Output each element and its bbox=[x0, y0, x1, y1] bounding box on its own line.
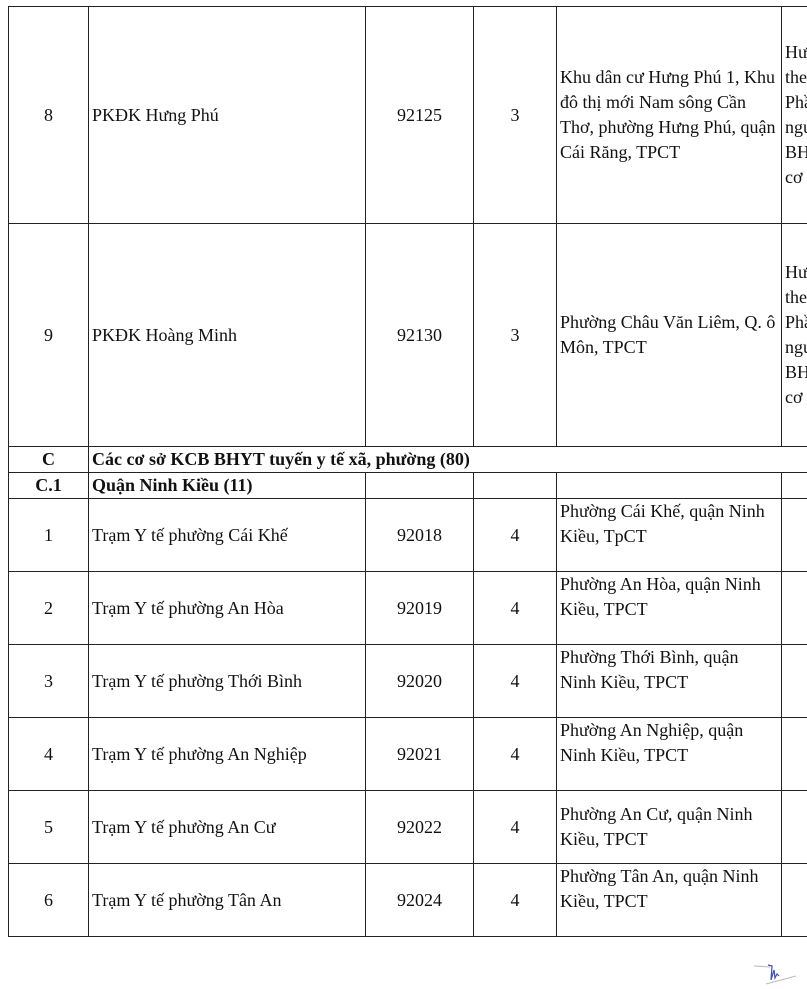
facility-note: Hưởng quyền lợi BHYT theo quy định hiện … bbox=[782, 224, 807, 447]
facility-code: 92130 bbox=[366, 224, 474, 447]
facility-level: 4 bbox=[474, 499, 557, 572]
facility-name: Trạm Y tế phường An Cư bbox=[89, 791, 366, 864]
section-title: Các cơ sở KCB BHYT tuyến y tế xã, phường… bbox=[89, 447, 807, 473]
facility-level: 3 bbox=[474, 224, 557, 447]
section-header-row: C Các cơ sở KCB BHYT tuyến y tế xã, phườ… bbox=[9, 447, 807, 473]
facility-note bbox=[782, 718, 807, 791]
facility-name: Trạm Y tế phường Cái Khế bbox=[89, 499, 366, 572]
section-id: C bbox=[9, 447, 89, 473]
facility-name: Trạm Y tế phường An Nghiệp bbox=[89, 718, 366, 791]
row-number: 2 bbox=[9, 572, 89, 645]
facility-name: Trạm Y tế phường Thới Bình bbox=[89, 645, 366, 718]
table-row: 1 Trạm Y tế phường Cái Khế 92018 4 Phườn… bbox=[9, 499, 807, 572]
subsection-id: C.1 bbox=[9, 473, 89, 499]
facility-code: 92018 bbox=[366, 499, 474, 572]
table-row: 8 PKĐK Hưng Phú 92125 3 Khu dân cư Hưng … bbox=[9, 7, 807, 224]
facility-code: 92022 bbox=[366, 791, 474, 864]
facility-level: 3 bbox=[474, 7, 557, 224]
row-number: 9 bbox=[9, 224, 89, 447]
facility-name: Trạm Y tế phường Tân An bbox=[89, 864, 366, 937]
row-number: 6 bbox=[9, 864, 89, 937]
facility-level: 4 bbox=[474, 718, 557, 791]
empty-cell bbox=[366, 473, 474, 499]
table-row: 9 PKĐK Hoàng Minh 92130 3 Phường Châu Vă… bbox=[9, 224, 807, 447]
facility-code: 92125 bbox=[366, 7, 474, 224]
facility-address: Khu dân cư Hưng Phú 1, Khu đô thị mới Na… bbox=[557, 7, 782, 224]
facility-level: 4 bbox=[474, 572, 557, 645]
facility-address: Phường Cái Khế, quận Ninh Kiều, TpCT bbox=[557, 499, 782, 572]
empty-cell bbox=[474, 473, 557, 499]
facility-name: PKĐK Hưng Phú bbox=[89, 7, 366, 224]
empty-cell bbox=[782, 473, 807, 499]
facility-address: Phường Tân An, quận Ninh Kiều, TPCT bbox=[557, 864, 782, 937]
facility-code: 92021 bbox=[366, 718, 474, 791]
facility-code: 92020 bbox=[366, 645, 474, 718]
signature-mark-icon bbox=[752, 962, 802, 986]
row-number: 8 bbox=[9, 7, 89, 224]
facility-code: 92024 bbox=[366, 864, 474, 937]
facility-address: Phường An Cư, quận Ninh Kiều, TPCT bbox=[557, 791, 782, 864]
facility-name: PKĐK Hoàng Minh bbox=[89, 224, 366, 447]
facility-name: Trạm Y tế phường An Hòa bbox=[89, 572, 366, 645]
table-row: 6 Trạm Y tế phường Tân An 92024 4 Phường… bbox=[9, 864, 807, 937]
facility-note bbox=[782, 572, 807, 645]
empty-cell bbox=[557, 473, 782, 499]
row-number: 3 bbox=[9, 645, 89, 718]
facility-level: 4 bbox=[474, 791, 557, 864]
row-number: 5 bbox=[9, 791, 89, 864]
table-row: 5 Trạm Y tế phường An Cư 92022 4 Phường … bbox=[9, 791, 807, 864]
table-row: 3 Trạm Y tế phường Thới Bình 92020 4 Phư… bbox=[9, 645, 807, 718]
facility-address: Phường Thới Bình, quận Ninh Kiều, TPCT bbox=[557, 645, 782, 718]
subsection-title: Quận Ninh Kiều (11) bbox=[89, 473, 366, 499]
facility-note bbox=[782, 645, 807, 718]
signature-icon bbox=[752, 962, 802, 986]
facility-note bbox=[782, 499, 807, 572]
facility-table: 8 PKĐK Hưng Phú 92125 3 Khu dân cư Hưng … bbox=[8, 6, 807, 937]
facility-note bbox=[782, 791, 807, 864]
facility-level: 4 bbox=[474, 864, 557, 937]
subsection-header-row: C.1 Quận Ninh Kiều (11) bbox=[9, 473, 807, 499]
facility-note: Hưởng quyền lợi BHYT theo quy định hiện … bbox=[782, 7, 807, 224]
facility-address: Phường An Nghiệp, quận Ninh Kiều, TPCT bbox=[557, 718, 782, 791]
row-number: 1 bbox=[9, 499, 89, 572]
table-row: 4 Trạm Y tế phường An Nghiệp 92021 4 Phư… bbox=[9, 718, 807, 791]
facility-level: 4 bbox=[474, 645, 557, 718]
facility-address: Phường Châu Văn Liêm, Q. ô Môn, TPCT bbox=[557, 224, 782, 447]
facility-note bbox=[782, 864, 807, 937]
table-row: 2 Trạm Y tế phường An Hòa 92019 4 Phường… bbox=[9, 572, 807, 645]
row-number: 4 bbox=[9, 718, 89, 791]
facility-address: Phường An Hòa, quận Ninh Kiều, TPCT bbox=[557, 572, 782, 645]
facility-code: 92019 bbox=[366, 572, 474, 645]
